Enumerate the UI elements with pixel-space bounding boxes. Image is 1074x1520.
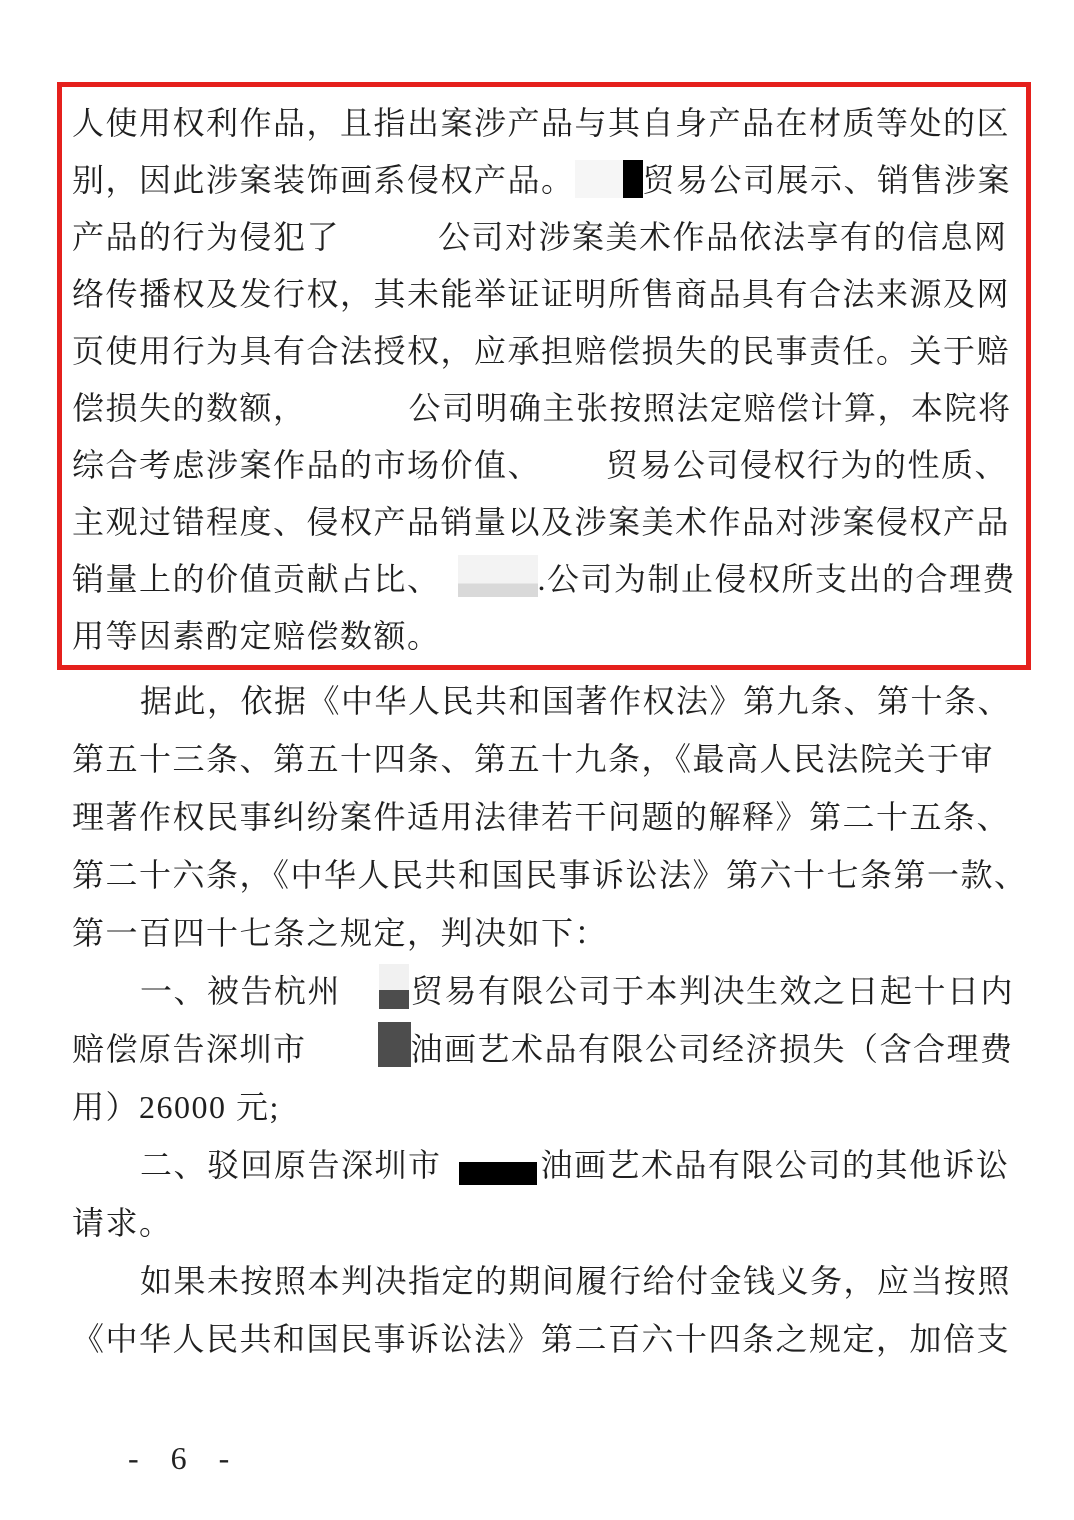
highlight-annotation-box: 人使用权利作品，且指出案涉产品与其自身产品在材质等处的区 别，因此涉案装饰画系侵… xyxy=(57,82,1031,670)
judgment-page: 人使用权利作品，且指出案涉产品与其自身产品在材质等处的区 别，因此涉案装饰画系侵… xyxy=(0,0,1074,1520)
text-line: 二、驳回原告深圳市油画艺术品有限公司的其他诉讼 xyxy=(72,1136,1018,1194)
line-text: 理著作权民事纠纷案件适用法律若干问题的解释》第二十五条、 xyxy=(72,799,1010,835)
line-text: 油画艺术品有限公司经济损失（含合理费 xyxy=(411,1031,1014,1067)
judgment-body: 据此，依据《中华人民共和国著作权法》第九条、第十条、 第五十三条、第五十四条、第… xyxy=(72,672,1018,1368)
line-text: 综合考虑涉案作品的市场价值、 xyxy=(72,447,541,483)
line-text: 如果未按照本判决指定的期间履行给付金钱义务，应当按照 xyxy=(140,1263,1011,1299)
line-text: 公司对涉案美术作品依法享有的信息网 xyxy=(438,219,1008,255)
text-line: 页使用行为具有合法授权，应承担赔偿损失的民事责任。关于赔 xyxy=(72,323,1026,380)
text-line: 第二十六条，《中华人民共和国民事诉讼法》第六十七条第一款、 xyxy=(72,846,1018,904)
line-text: 销量上的价值贡献占比、 xyxy=(72,561,441,597)
text-line: 主观过错程度、侵权产品销量以及涉案美术作品对涉案侵权产品 xyxy=(72,494,1026,551)
line-text: 公司明确主张按照法定赔偿计算，本院将 xyxy=(409,390,1012,426)
text-line: 一、被告杭州贸易有限公司于本判决生效之日起十日内 xyxy=(72,962,1018,1020)
text-line: 用等因素酌定赔偿数额。 xyxy=(72,608,1026,665)
line-text: 赔偿原告深圳市 xyxy=(72,1031,307,1067)
text-line: 第一百四十七条之规定，判决如下： xyxy=(72,904,1018,962)
text-line: 综合考虑涉案作品的市场价值、贸易公司侵权行为的性质、 xyxy=(72,437,1026,494)
redaction-box xyxy=(575,160,623,198)
redacted-gap xyxy=(307,418,409,419)
line-text: 第五十三条、第五十四条、第五十九条，《最高人民法院关于审 xyxy=(72,741,994,777)
page-number: - 6 - xyxy=(128,1440,241,1477)
text-line: 产品的行为侵犯了公司对涉案美术作品依法享有的信息网 xyxy=(72,209,1026,266)
redaction-box xyxy=(379,964,409,1009)
line-text: 用等因素酌定赔偿数额。 xyxy=(72,618,441,654)
redacted-gap xyxy=(541,475,606,476)
redacted-gap xyxy=(307,1059,378,1060)
redaction-box xyxy=(459,1162,537,1185)
line-text: .公司为制止侵权所支出的合理费 xyxy=(538,561,1017,597)
text-line: 别，因此涉案装饰画系侵权产品。贸易公司展示、销售涉案 xyxy=(72,152,1026,209)
redacted-gap xyxy=(442,1175,459,1176)
redaction-box xyxy=(458,555,538,597)
redacted-gap xyxy=(341,1001,379,1002)
text-line: 《中华人民共和国民事诉讼法》第二百六十四条之规定，加倍支 xyxy=(72,1310,1018,1368)
line-text: 产品的行为侵犯了 xyxy=(72,219,340,255)
line-text: 用）26000 元; xyxy=(72,1089,280,1125)
line-text: 络传播权及发行权，其未能举证证明所售商品具有合法来源及网 xyxy=(72,276,1010,312)
redaction-box xyxy=(378,1022,411,1067)
text-line: 销量上的价值贡献占比、.公司为制止侵权所支出的合理费 xyxy=(72,551,1026,608)
redaction-box xyxy=(623,160,643,198)
text-line: 赔偿原告深圳市油画艺术品有限公司经济损失（含合理费 xyxy=(72,1020,1018,1078)
text-line: 人使用权利作品，且指出案涉产品与其自身产品在材质等处的区 xyxy=(72,95,1026,152)
line-text: 贸易有限公司于本判决生效之日起十日内 xyxy=(411,973,1014,1009)
redacted-gap xyxy=(340,247,438,248)
line-text: 贸易公司侵权行为的性质、 xyxy=(606,447,1008,483)
text-line: 理著作权民事纠纷案件适用法律若干问题的解释》第二十五条、 xyxy=(72,788,1018,846)
line-text: 贸易公司展示、销售涉案 xyxy=(643,162,1012,198)
line-text: 人使用权利作品，且指出案涉产品与其自身产品在材质等处的区 xyxy=(72,105,1010,141)
line-text: 偿损失的数额， xyxy=(72,390,307,426)
line-text: 油画艺术品有限公司的其他诉讼 xyxy=(541,1147,1010,1183)
line-text: 请求。 xyxy=(72,1205,173,1241)
line-text: 二、驳回原告深圳市 xyxy=(140,1147,442,1183)
text-line: 用）26000 元; xyxy=(72,1078,1018,1136)
line-text: 第一百四十七条之规定，判决如下： xyxy=(72,915,608,951)
text-line: 如果未按照本判决指定的期间履行给付金钱义务，应当按照 xyxy=(72,1252,1018,1310)
line-text: 页使用行为具有合法授权，应承担赔偿损失的民事责任。关于赔 xyxy=(72,333,1010,369)
line-text: 第二十六条，《中华人民共和国民事诉讼法》第六十七条第一款、 xyxy=(72,857,1028,893)
highlighted-paragraph: 人使用权利作品，且指出案涉产品与其自身产品在材质等处的区 别，因此涉案装饰画系侵… xyxy=(62,87,1026,665)
line-text: 别，因此涉案装饰画系侵权产品。 xyxy=(72,162,575,198)
text-line: 络传播权及发行权，其未能举证证明所售商品具有合法来源及网 xyxy=(72,266,1026,323)
line-text: 主观过错程度、侵权产品销量以及涉案美术作品对涉案侵权产品 xyxy=(72,504,1010,540)
line-text: 据此，依据《中华人民共和国著作权法》第九条、第十条、 xyxy=(140,683,1011,719)
line-text: 《中华人民共和国民事诉讼法》第二百六十四条之规定，加倍支 xyxy=(72,1321,1010,1357)
text-line: 据此，依据《中华人民共和国著作权法》第九条、第十条、 xyxy=(72,672,1018,730)
text-line: 请求。 xyxy=(72,1194,1018,1252)
redacted-gap xyxy=(441,589,458,590)
text-line: 偿损失的数额，公司明确主张按照法定赔偿计算，本院将 xyxy=(72,380,1026,437)
line-text: 一、被告杭州 xyxy=(140,973,341,1009)
text-line: 第五十三条、第五十四条、第五十九条，《最高人民法院关于审 xyxy=(72,730,1018,788)
